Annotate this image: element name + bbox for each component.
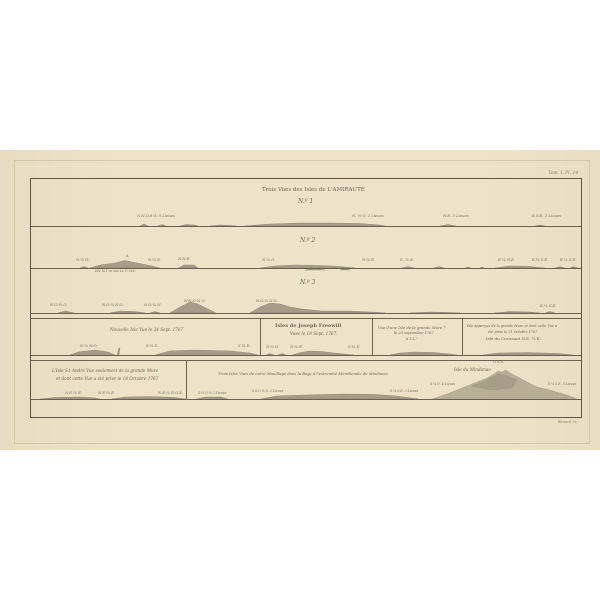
panel-nouvelle-isle-title: Nouvelle Isle Vue le 24 Sept. 1767 [110,328,183,332]
panel-isle-mindanao-peak-bearing: O.¼ N. [493,361,504,364]
plate-number: Tom. I. Pl. 14 [548,172,578,177]
panel-grande-mure-distance: à 5 L.ˢ [406,338,417,342]
panel-grande-mure-coastline [385,348,461,356]
row3-coastline [40,298,580,314]
panel-freewill-coastline [264,347,370,356]
panel-croissant-bearing: Isle du Croissant N.E. ¾ E. [486,337,541,341]
panel-st-andre-coastline [40,394,186,400]
row3-number: N.º 3 [300,280,315,286]
panel-st-andre-subtitle: et dont cette Vue a été prise le 18 Octo… [56,377,158,381]
row4-divider-1 [260,318,261,355]
panel-grande-mure-title: Vue d'une Isle de la grande Mure ? [378,326,445,330]
row2-sub-label: Isle la 1.re vue Le 1. Oct. [95,270,136,273]
row4-divider-3 [462,318,463,355]
panel-nouvelle-isle-coastline [70,342,260,356]
panel-st-andre-title: L'Isle S.t André Vue seulement de la gra… [52,369,158,373]
panel-croissant-coastline [478,349,578,356]
panel-croissant-date: été prise le 21 Octobre 1767 [488,331,537,334]
row1-title: Trois Vues des Isles de L'AMIRAUTÉ [262,188,365,194]
row3-divider [30,318,582,319]
panel-freewill-title: Isles de Joseph Freewill [275,324,341,329]
row5-divider-1 [186,360,187,399]
panel-mindanao-bay-title: Trois Isles Vues de notre Mouillage dans… [218,372,388,376]
panel-freewill-subtitle: Vues le 18 Sept. 1767. [290,332,338,336]
panel-grande-mure-date: le 23 septembre 1767 [394,332,434,336]
engraver-signature: Benard Sc. [558,421,578,425]
row2-coastline [70,257,580,269]
row2-number: N.º 2 [300,238,315,244]
panel-isle-mindanao-mountain [432,368,582,400]
panel-croissant-title: Isle apperçue de la grande Mure et dont … [467,325,557,328]
panel-mindanao-bay-coastline [196,391,426,400]
row1-coastline [140,218,560,227]
row1-number: N.º 1 [298,199,313,205]
row4-divider-2 [372,318,373,355]
